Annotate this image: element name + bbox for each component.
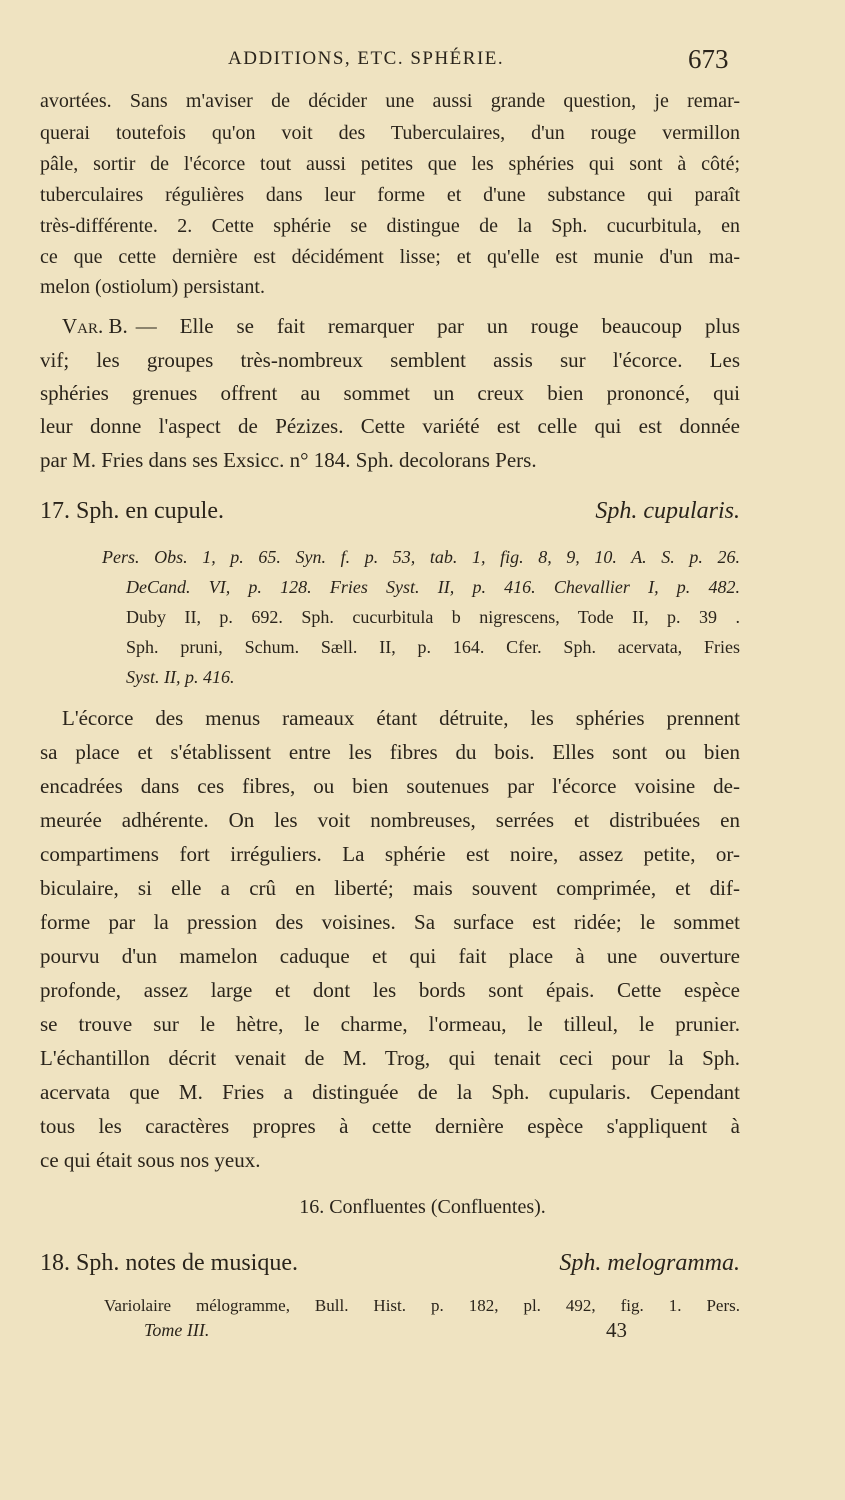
text-line: vif; les groupes très-nombreux semblent … xyxy=(40,345,740,375)
species-18-heading: 18. Sph. notes de musique. Sph. melogram… xyxy=(40,1250,740,1277)
variety-label: Var. B. xyxy=(62,311,128,341)
page-header: ADDITIONS, ETC. SPHÉRIE. 673 xyxy=(0,48,845,78)
species-latin-name: Sph. cupularis. xyxy=(595,498,740,525)
text-line: très-différente. 2. Cette sphérie se dis… xyxy=(40,211,740,241)
species-17-heading: 17. Sph. en cupule. Sph. cupularis. xyxy=(40,498,740,525)
section-16-title: 16. Confluentes (Confluentes). xyxy=(0,1196,845,1219)
reference-line: Sph. pruni, Schum. Sæll. II, p. 164. Cfe… xyxy=(126,632,740,662)
species-number: 18. xyxy=(40,1250,70,1276)
text-line: melon (ostiolum) persistant. xyxy=(40,272,740,302)
reference-line: Duby II, p. 692. Sph. cucurbitula b nigr… xyxy=(126,602,740,632)
reference-line: Variolaire mélogramme, Bull. Hist. p. 18… xyxy=(104,1291,740,1321)
text-line: ce que cette dernière est décidément lis… xyxy=(40,242,740,272)
text-line: L'écorce des menus rameaux étant détruit… xyxy=(62,703,740,733)
text-line: tuberculaires régulières dans leur forme… xyxy=(40,180,740,210)
text-line: pâle, sortir de l'écorce tout aussi peti… xyxy=(40,149,740,179)
reference-line: DeCand. VI, p. 128. Fries Syst. II, p. 4… xyxy=(126,572,740,602)
text-line: ce qui était sous nos yeux. xyxy=(40,1145,740,1175)
text-line: par M. Fries dans ses Exsicc. n° 184. Sp… xyxy=(40,445,740,475)
reference-line: Syst. II, p. 416. xyxy=(126,662,740,692)
signature-mark: 43 xyxy=(606,1318,627,1343)
text-line: forme par la pression des voisines. Sa s… xyxy=(40,907,740,937)
species-common-name: Sph. en cupule. xyxy=(76,498,224,524)
variety-first-line: Var. B. — Elle se fait remarquer par un … xyxy=(62,311,740,341)
text-line: tous les caractères propres à cette dern… xyxy=(40,1111,740,1141)
text-line: se trouve sur le hètre, le charme, l'orm… xyxy=(40,1009,740,1039)
text-line: leur donne l'aspect de Pézizes. Cette va… xyxy=(40,411,740,441)
text-line: acervata que M. Fries a distinguée de la… xyxy=(40,1077,740,1107)
text-line: L'échantillon décrit venait de M. Trog, … xyxy=(40,1043,740,1073)
text-line: sa place et s'établissent entre les fibr… xyxy=(40,737,740,767)
text-line: profonde, assez large et dont les bords … xyxy=(40,975,740,1005)
text-line: biculaire, si elle a crû en liberté; mai… xyxy=(40,873,740,903)
volume-label: Tome III. xyxy=(144,1320,209,1341)
text-line: encadrées dans ces fibres, ou bien soute… xyxy=(40,771,740,801)
text-line: pourvu d'un mamelon caduque et qui fait … xyxy=(40,941,740,971)
text-line: — Elle se fait remarquer par un rouge be… xyxy=(136,311,740,341)
book-page: ADDITIONS, ETC. SPHÉRIE. 673 avortées. S… xyxy=(0,0,845,1500)
species-latin-name: Sph. melogramma. xyxy=(559,1250,740,1277)
reference-line: Pers. Obs. 1, p. 65. Syn. f. p. 53, tab.… xyxy=(102,542,740,572)
species-common-name: Sph. notes de musique. xyxy=(76,1250,298,1276)
text-line: sphéries grenues offrent au sommet un cr… xyxy=(40,378,740,408)
running-head: ADDITIONS, ETC. SPHÉRIE. xyxy=(228,48,504,70)
species-number: 17. xyxy=(40,498,70,524)
page-number: 673 xyxy=(688,44,729,75)
text-line: avortées. Sans m'aviser de décider une a… xyxy=(40,86,740,116)
text-line: meurée adhérente. On les voit nombreuses… xyxy=(40,805,740,835)
text-line: compartimens fort irréguliers. La sphéri… xyxy=(40,839,740,869)
text-line: querai toutefois qu'on voit des Tubercul… xyxy=(40,118,740,148)
